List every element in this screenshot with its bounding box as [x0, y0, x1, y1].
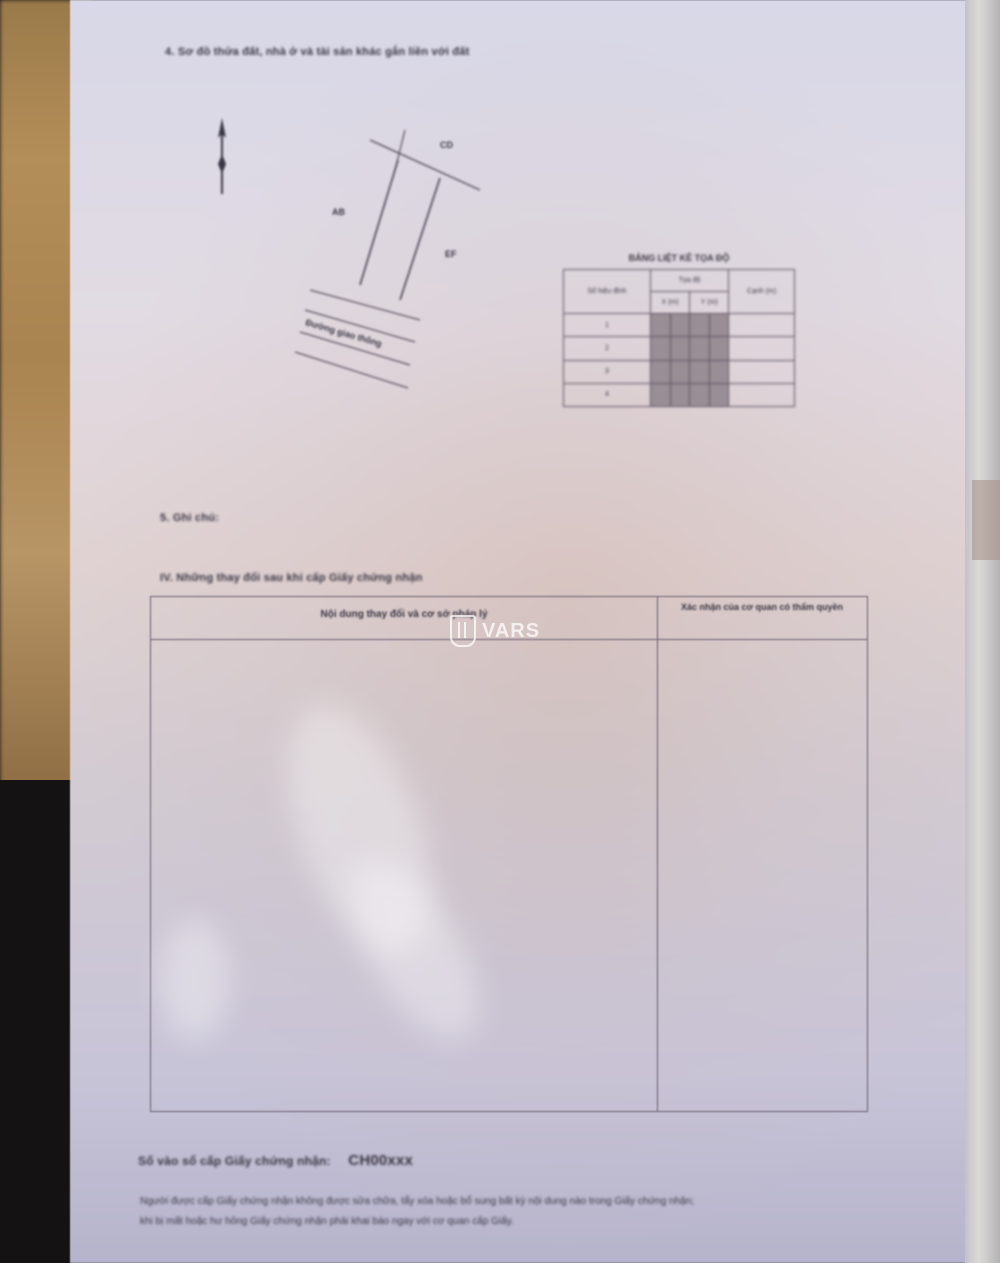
row-vertex: 2: [564, 337, 651, 360]
changes-table: Nội dung thay đổi và cơ sở pháp lý Xác n…: [150, 596, 868, 1112]
section-iv-heading: IV. Những thay đổi sau khi cấp Giấy chứn…: [160, 572, 423, 584]
section-4-heading: 4. Sơ đồ thửa đất, nhà ở và tài sản khác…: [165, 46, 469, 58]
changes-col1-header: Nội dung thay đổi và cơ sở pháp lý: [151, 609, 657, 620]
vars-watermark: VARS: [450, 615, 540, 647]
register-label: Số vào sổ cấp Giấy chứng nhận:: [138, 1154, 331, 1168]
register-line: Số vào sổ cấp Giấy chứng nhận: CH00xxx: [138, 1152, 413, 1169]
page-edge-mark: [972, 480, 1000, 560]
parcel-diagram: AB CD EF Đường giao thông: [280, 120, 500, 410]
header-vertex: Số hiệu đỉnh: [564, 270, 651, 314]
subheader-y: Y (m): [690, 292, 729, 314]
section-5-heading: 5. Ghi chú:: [160, 512, 219, 524]
footer-note-line-1: Người được cấp Giấy chứng nhận không đượ…: [140, 1196, 694, 1207]
row-vertex: 4: [564, 383, 651, 406]
changes-col2-header: Xác nhận của cơ quan có thẩm quyền: [657, 601, 867, 614]
svg-text:Đường giao thông: Đường giao thông: [304, 317, 383, 348]
row-vertex: 1: [564, 314, 651, 337]
north-arrow-icon: [218, 118, 226, 194]
page-edge-stack: [965, 0, 1000, 1263]
svg-text:EF: EF: [445, 249, 457, 259]
vars-logo-icon: [450, 615, 476, 647]
coordinate-table: BẢNG LIỆT KÊ TỌA ĐỘ Số hiệu đỉnh Tọa độ …: [563, 255, 795, 407]
svg-text:CD: CD: [440, 140, 453, 150]
svg-text:AB: AB: [332, 207, 345, 217]
register-value: CH00xxx: [348, 1152, 413, 1169]
header-edge: Cạnh (m): [729, 270, 795, 314]
coordinate-table-title: BẢNG LIỆT KÊ TỌA ĐỘ: [609, 253, 749, 263]
footer-note-line-2: khi bị mất hoặc hư hỏng Giấy chứng nhận …: [140, 1216, 514, 1227]
header-coord: Tọa độ: [650, 270, 728, 292]
dark-background: [0, 780, 80, 1263]
row-vertex: 3: [564, 360, 651, 383]
subheader-x: X (m): [650, 292, 689, 314]
watermark-text: VARS: [482, 620, 540, 643]
